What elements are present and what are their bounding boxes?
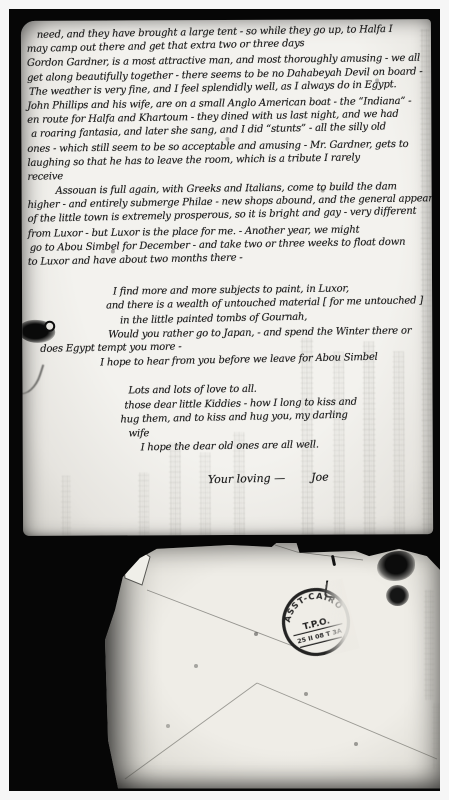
signature-line: Your loving —Joe <box>208 471 329 487</box>
letter-text: need, and they have brought a large tent… <box>27 27 429 456</box>
bleedthrough-column <box>424 590 434 700</box>
scanned-photo: need, and they have brought a large tent… <box>0 0 449 800</box>
letter-page: need, and they have brought a large tent… <box>21 19 433 536</box>
ink-smudge <box>386 585 409 606</box>
bleedthrough-column <box>169 442 181 536</box>
closing-text: Your loving — <box>208 471 286 486</box>
dust-specks <box>21 21 23 23</box>
bleedthrough-column <box>199 452 211 536</box>
bleedthrough-column <box>61 476 71 536</box>
bleedthrough-column <box>138 472 149 536</box>
dust-specks <box>105 543 107 545</box>
envelope: ASST-CAIRO T.P.O. 25 II 08 T 3A <box>105 543 440 790</box>
envelope-flap-tab <box>123 545 150 585</box>
signature-name: Joe <box>311 471 329 484</box>
bleedthrough-column <box>432 703 440 769</box>
scan-background: need, and they have brought a large tent… <box>9 9 440 791</box>
